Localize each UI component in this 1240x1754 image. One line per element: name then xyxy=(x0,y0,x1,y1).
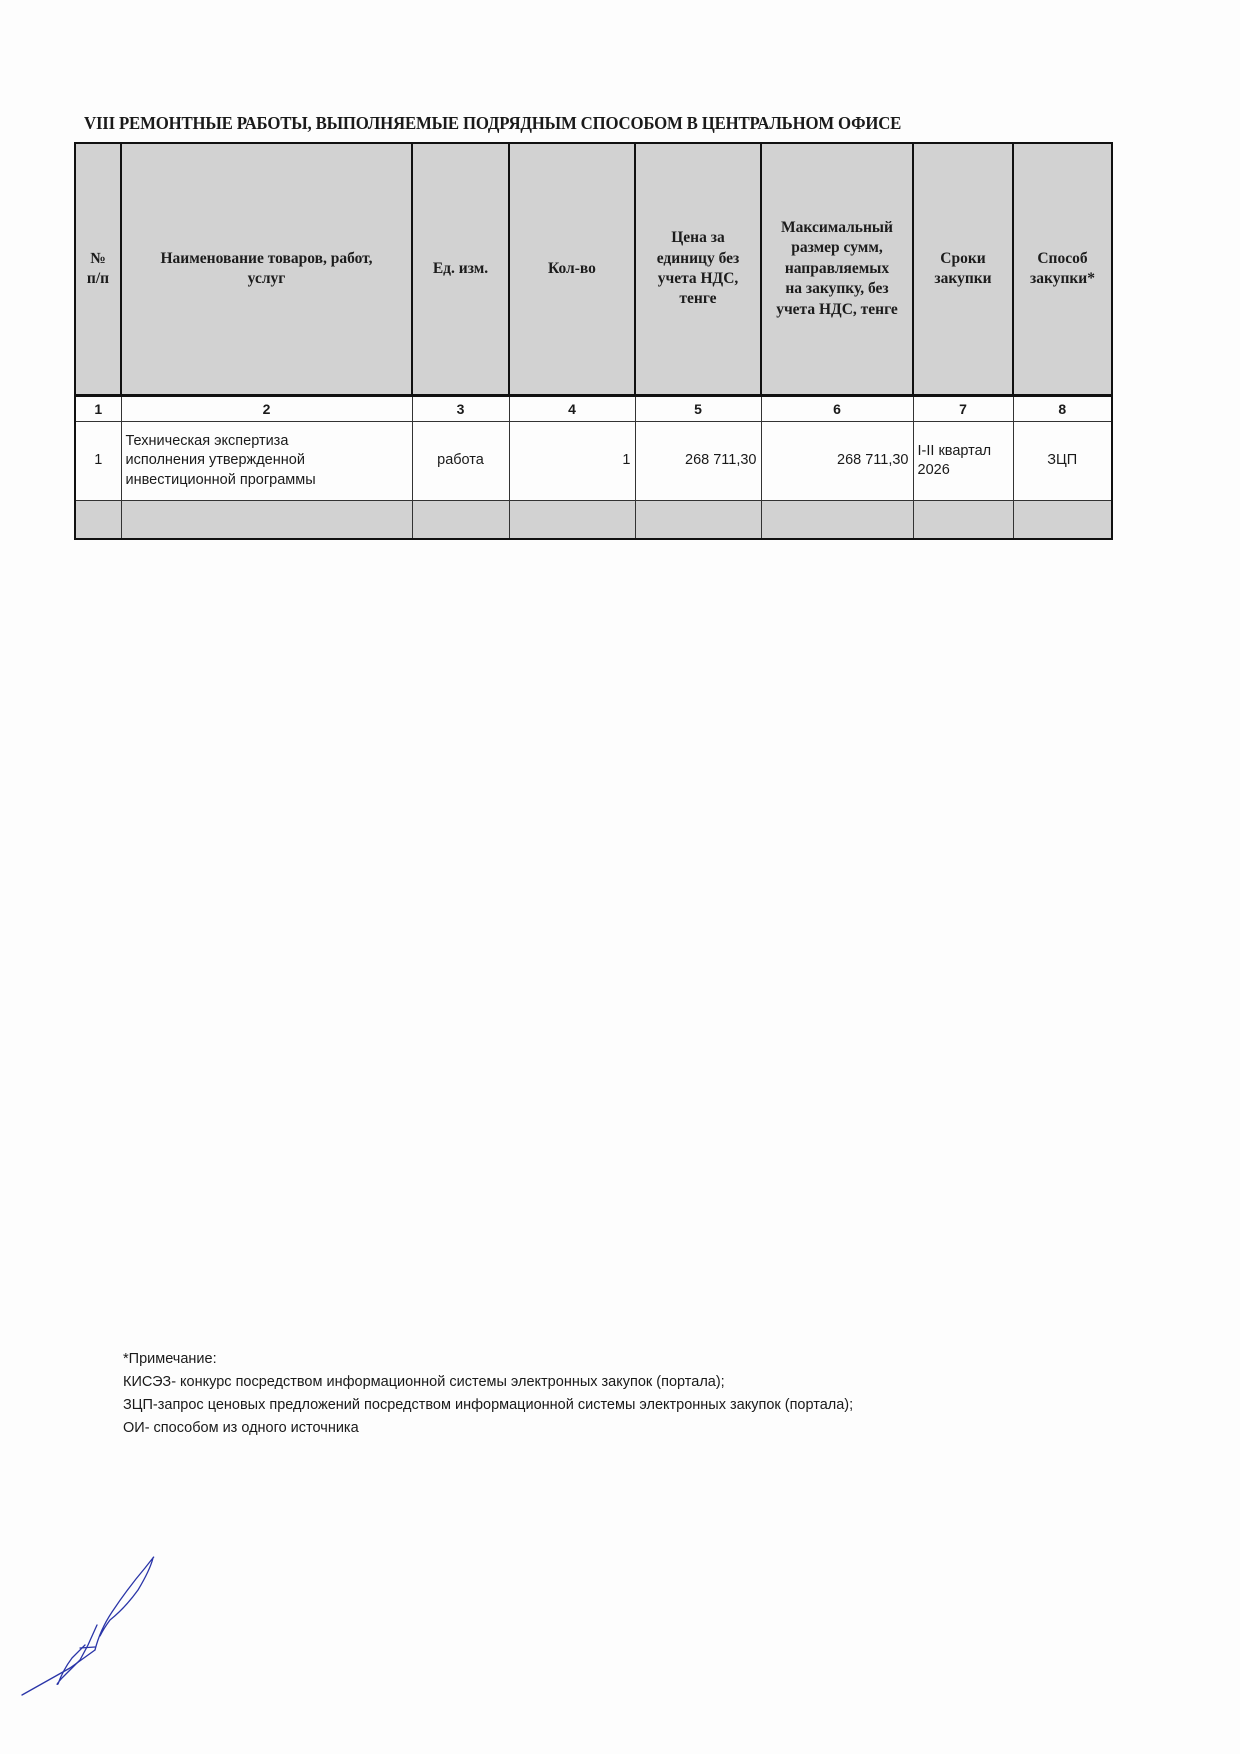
footnote: *Примечание: КИСЭЗ- конкурс посредством … xyxy=(123,1348,853,1440)
cell-period: I-II квартал2026 xyxy=(913,422,1013,501)
document-page: VIII РЕМОНТНЫЕ РАБОТЫ, ВЫПОЛНЯЕМЫЕ ПОДРЯ… xyxy=(0,0,1240,1754)
cell-unit: работа xyxy=(412,422,509,501)
footnote-title: *Примечание: xyxy=(123,1348,853,1371)
handwritten-signature-icon xyxy=(0,1520,200,1720)
cell-num: 1 xyxy=(75,422,121,501)
header-unit-price: Цена заединицу безучета НДС,тенге xyxy=(635,143,761,396)
cell-name: Техническая экспертизаисполнения утвержд… xyxy=(121,422,412,501)
table-row: 1 Техническая экспертизаисполнения утвер… xyxy=(75,422,1112,501)
column-number: 2 xyxy=(121,396,412,422)
header-num: №п/п xyxy=(75,143,121,396)
empty-total-row xyxy=(75,501,1112,540)
column-number-row: 1 2 3 4 5 6 7 8 xyxy=(75,396,1112,422)
header-method: Способзакупки* xyxy=(1013,143,1112,396)
header-qty: Кол-во xyxy=(509,143,635,396)
footnote-line: КИСЭЗ- конкурс посредством информационно… xyxy=(123,1371,853,1394)
cell-method: ЗЦП xyxy=(1013,422,1112,501)
table-header-row: №п/п Наименование товаров, работ,услуг Е… xyxy=(75,143,1112,396)
column-number: 7 xyxy=(913,396,1013,422)
header-name: Наименование товаров, работ,услуг xyxy=(121,143,412,396)
footnote-line: ОИ- способом из одного источника xyxy=(123,1417,853,1440)
procurement-table: №п/п Наименование товаров, работ,услуг Е… xyxy=(74,142,1113,540)
section-title: VIII РЕМОНТНЫЕ РАБОТЫ, ВЫПОЛНЯЕМЫЕ ПОДРЯ… xyxy=(84,113,1073,134)
column-number: 3 xyxy=(412,396,509,422)
footnote-line: ЗЦП-запрос ценовых предложений посредств… xyxy=(123,1394,853,1417)
header-period: Срокизакупки xyxy=(913,143,1013,396)
cell-unit-price: 268 711,30 xyxy=(635,422,761,501)
header-max-amount: Максимальныйразмер сумм,направляемыхна з… xyxy=(761,143,913,396)
cell-max-amount: 268 711,30 xyxy=(761,422,913,501)
column-number: 8 xyxy=(1013,396,1112,422)
header-unit: Ед. изм. xyxy=(412,143,509,396)
column-number: 5 xyxy=(635,396,761,422)
column-number: 1 xyxy=(75,396,121,422)
column-number: 4 xyxy=(509,396,635,422)
column-number: 6 xyxy=(761,396,913,422)
cell-qty: 1 xyxy=(509,422,635,501)
